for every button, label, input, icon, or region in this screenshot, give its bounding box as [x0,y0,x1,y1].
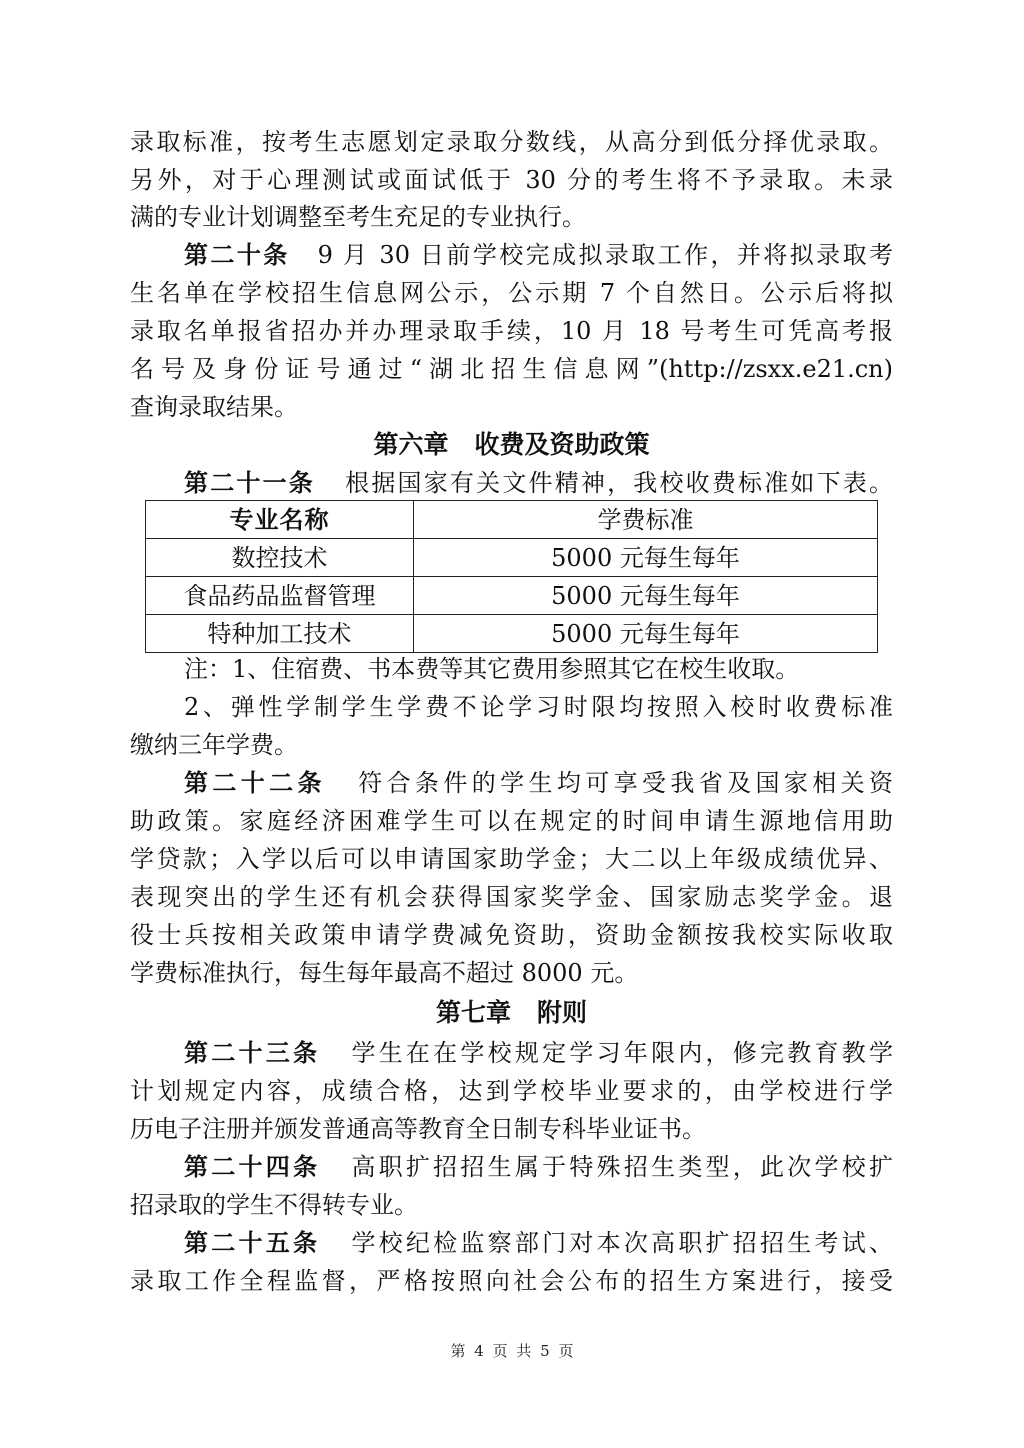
article-text: 学校纪检监察部门对本次高职扩招招生考试、 [348,1229,893,1257]
paragraph-line: 名号及身份证号通过“湖北招生信息网”(http://zsxx.e21.cn) [130,352,893,386]
article-22-first-line: 第二十二条符合条件的学生均可享受我省及国家相关资 [184,766,893,800]
paragraph-line: 查询录取结果。 [130,390,893,424]
chapter-number: 第六章 [373,430,448,459]
chapter-title: 收费及资助政策 [475,430,650,459]
major-name: 数控技术 [146,539,414,577]
article-label: 第二十四条 [184,1153,320,1181]
chapter-number: 第七章 [436,998,511,1027]
article-25-first-line: 第二十五条学校纪检监察部门对本次高职扩招招生考试、 [184,1226,893,1260]
article-label: 第二十五条 [184,1229,320,1257]
paragraph-line: 计划规定内容，成绩合格，达到学校毕业要求的，由学校进行学 [130,1074,893,1108]
fee-value: 5000 元每生每年 [414,615,878,653]
paragraph-line: 学贷款；入学以后可以申请国家助学金；大二以上年级成绩优异、 [130,842,893,876]
paragraph-line: 录取工作全程监督，严格按照向社会公布的招生方案进行，接受 [130,1264,893,1298]
article-label: 第二十二条 [184,769,326,797]
chapter-heading: 第六章收费及资助政策 [130,428,893,462]
article-label: 第二十三条 [184,1039,320,1067]
article-label: 第二十一条 [184,469,315,497]
paragraph-line: 录取名单报省招办并办理录取手续，10 月 18 号考生可凭高考报 [130,314,893,348]
fee-value: 5000 元每生每年 [414,577,878,615]
article-23-first-line: 第二十三条学生在在学校规定学习年限内，修完教育教学 [184,1036,893,1070]
paragraph-line: 助政策。家庭经济困难学生可以在规定的时间申请生源地信用助 [130,804,893,838]
table-row: 数控技术 5000 元每生每年 [146,539,878,577]
article-20-first-line: 第二十条9 月 30 日前学校完成拟录取工作，并将拟录取考 [184,238,893,272]
column-header-fee: 学费标准 [414,501,878,539]
note-1: 注：1、住宿费、书本费等其它费用参照其它在校生收取。 [184,652,893,686]
article-21-line: 第二十一条根据国家有关文件精神，我校收费标准如下表。 [184,466,893,500]
chapter-title: 附则 [537,998,587,1027]
document-page: 录取标准，按考生志愿划定录取分数线，从高分到低分择优录取。 另外，对于心理测试或… [0,0,1024,1448]
note-2-line: 2、弹性学制学生学费不论学习时限均按照入校时收费标准 [184,690,893,724]
article-text: 符合条件的学生均可享受我省及国家相关资 [354,769,893,797]
article-text: 高职扩招招生属于特殊招生类型，此次学校扩 [348,1153,893,1181]
paragraph-line: 另外，对于心理测试或面试低于 30 分的考生将不予录取。未录 [130,163,893,197]
paragraph-line: 生名单在学校招生信息网公示，公示期 7 个自然日。公示后将拟 [130,276,893,310]
table-header-row: 专业名称 学费标准 [146,501,878,539]
column-header-major: 专业名称 [146,501,414,539]
fee-value: 5000 元每生每年 [414,539,878,577]
article-text: 9 月 30 日前学校完成拟录取工作，并将拟录取考 [318,241,893,269]
article-text: 根据国家有关文件精神，我校收费标准如下表。 [343,469,893,497]
paragraph-line: 录取标准，按考生志愿划定录取分数线，从高分到低分择优录取。 [130,125,893,159]
major-name: 特种加工技术 [146,615,414,653]
note-2-line: 缴纳三年学费。 [130,728,893,762]
paragraph-line: 表现突出的学生还有机会获得国家奖学金、国家励志奖学金。退 [130,880,893,914]
article-24-first-line: 第二十四条高职扩招招生属于特殊招生类型，此次学校扩 [184,1150,893,1184]
paragraph-line: 招录取的学生不得转专业。 [130,1188,893,1222]
table-row: 特种加工技术 5000 元每生每年 [146,615,878,653]
fee-table: 专业名称 学费标准 数控技术 5000 元每生每年 食品药品监督管理 5000 … [145,500,878,653]
chapter-heading: 第七章附则 [130,996,893,1030]
paragraph-line: 学费标准执行，每生每年最高不超过 8000 元。 [130,956,893,990]
page-number-footer: 第 4 页 共 5 页 [0,1340,1024,1361]
article-label: 第二十条 [184,241,290,269]
paragraph-line: 满的专业计划调整至考生充足的专业执行。 [130,200,893,234]
table-row: 食品药品监督管理 5000 元每生每年 [146,577,878,615]
article-text: 学生在在学校规定学习年限内，修完教育教学 [348,1039,893,1067]
paragraph-line: 役士兵按相关政策申请学费减免资助，资助金额按我校实际收取 [130,918,893,952]
paragraph-line: 历电子注册并颁发普通高等教育全日制专科毕业证书。 [130,1112,893,1146]
major-name: 食品药品监督管理 [146,577,414,615]
